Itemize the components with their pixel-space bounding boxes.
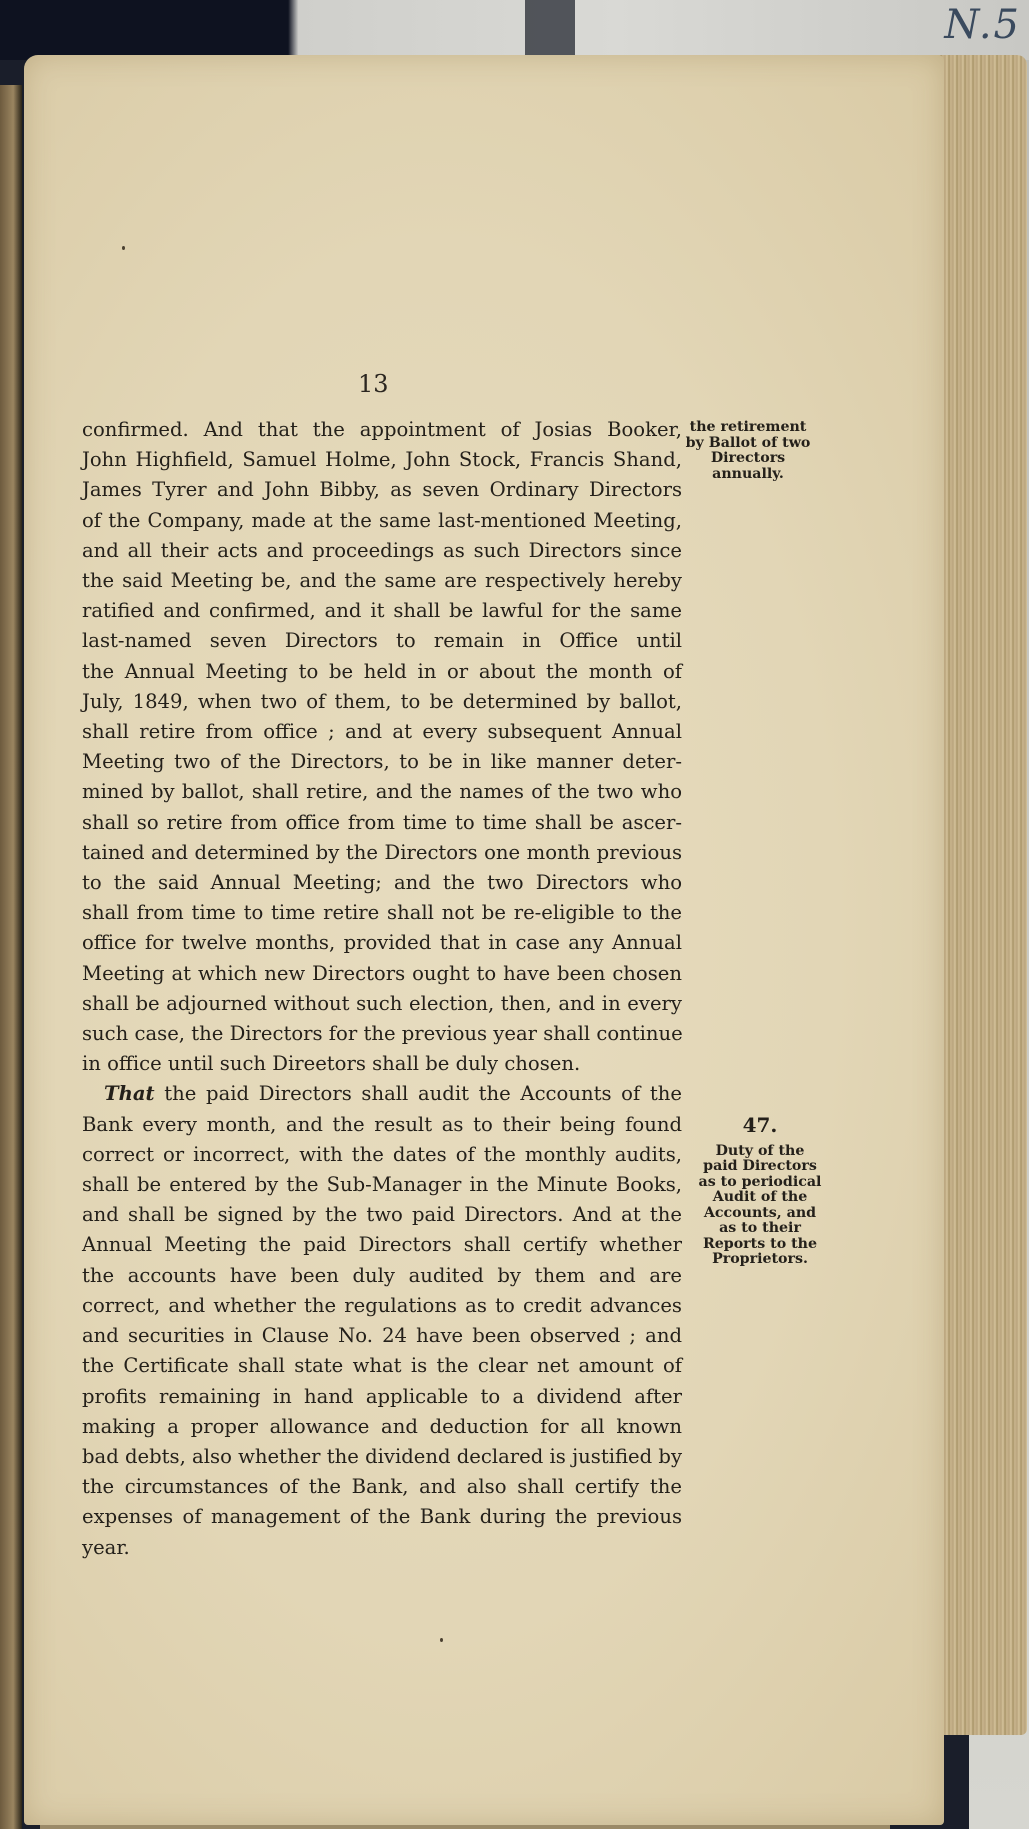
paragraph-1: confirmed. And that the appointment of J…	[82, 415, 682, 1079]
text-line: correct, and whether the regulations as …	[82, 1291, 682, 1321]
blackletter-initial: That	[104, 1082, 155, 1105]
margin-note-retirement: the retirement by Ballot of two Director…	[668, 420, 828, 482]
text-line: Meeting two of the Directors, to be in l…	[82, 747, 682, 777]
text-line: and shall be signed by the two paid Dire…	[82, 1200, 682, 1230]
text-line: Annual Meeting the paid Directors shall …	[82, 1230, 682, 1260]
text-line: profits remaining in hand applicable to …	[82, 1382, 682, 1412]
text-line: office for twelve months, provided that …	[82, 928, 682, 958]
text-line: of the Company, made at the same last-me…	[82, 506, 682, 536]
text-line: in office until such Direetors shall be …	[82, 1049, 682, 1079]
text-line: shall so retire from office from time to…	[82, 808, 682, 838]
text-line: correct or incorrect, with the dates of …	[82, 1140, 682, 1170]
text-line: shall be entered by the Sub-Manager in t…	[82, 1170, 682, 1200]
text-line: the Certificate shall state what is the …	[82, 1351, 682, 1381]
text-line: bad debts, also whether the dividend dec…	[82, 1442, 682, 1472]
text-line-rest: the paid Directors shall audit the Accou…	[155, 1082, 682, 1105]
catalog-mark: N.5	[944, 2, 1021, 48]
text-line: such case, the Directors for the previou…	[82, 1019, 682, 1049]
text-line: Bank every month, and the result as to t…	[82, 1110, 682, 1140]
text-line: John Highfield, Samuel Holme, John Stock…	[82, 445, 682, 475]
paper-speck	[440, 1638, 443, 1642]
margin-note-line: Proprietors.	[690, 1252, 830, 1268]
margin-note-line: as to periodical	[690, 1175, 830, 1191]
text-line: mined by ballot, shall retire, and the n…	[82, 777, 682, 807]
paper-speck	[122, 246, 125, 250]
margin-note-line: as to their	[690, 1221, 830, 1237]
margin-note-line: paid Directors	[690, 1159, 830, 1175]
text-line: shall from time to time retire shall not…	[82, 898, 682, 928]
page-stack-edge	[935, 55, 1027, 1735]
margin-note-line: Audit of the	[690, 1190, 830, 1206]
text-line: ratified and confirmed, and it shall be …	[82, 596, 682, 626]
text-line: making a proper allowance and deduction …	[82, 1412, 682, 1442]
scan-backdrop	[0, 0, 1029, 60]
paragraph-2: That the paid Directors shall audit the …	[82, 1079, 682, 1562]
body-text: confirmed. And that the appointment of J…	[82, 415, 682, 1563]
margin-note-line: by Ballot of two	[668, 436, 828, 452]
margin-note-line: Directors	[668, 451, 828, 467]
text-line: James Tyrer and John Bibby, as seven Ord…	[82, 475, 682, 505]
margin-note-line: Duty of the	[690, 1144, 830, 1160]
text-line: the accounts have been duly audited by t…	[82, 1261, 682, 1291]
text-line: That the paid Directors shall audit the …	[82, 1079, 682, 1109]
backdrop-ink-stroke	[525, 0, 575, 56]
text-line: shall be adjourned without such election…	[82, 989, 682, 1019]
margin-note-line: the retirement	[668, 420, 828, 436]
margin-note-line: Reports to the	[690, 1237, 830, 1253]
text-line: the circumstances of the Bank, and also …	[82, 1472, 682, 1502]
margin-note-audit-duty: 47. Duty of the paid Directors as to per…	[690, 1118, 830, 1268]
text-line: year.	[82, 1533, 682, 1563]
text-line: expenses of management of the Bank durin…	[82, 1502, 682, 1532]
text-line: Meeting at which new Directors ought to …	[82, 959, 682, 989]
clause-number: 47.	[690, 1118, 830, 1134]
text-line: and securities in Clause No. 24 have bee…	[82, 1321, 682, 1351]
text-line: to the said Annual Meeting; and the two …	[82, 868, 682, 898]
text-line: confirmed. And that the appointment of J…	[82, 415, 682, 445]
text-line: shall retire from office ; and at every …	[82, 717, 682, 747]
page-number: 13	[358, 370, 389, 398]
text-line: the Annual Meeting to be held in or abou…	[82, 657, 682, 687]
margin-note-line: Accounts, and	[690, 1206, 830, 1222]
text-line: and all their acts and proceedings as su…	[82, 536, 682, 566]
text-line: the said Meeting be, and the same are re…	[82, 566, 682, 596]
facing-page-edge	[0, 85, 22, 1829]
text-line: last-named seven Directors to remain in …	[82, 626, 682, 656]
margin-note-line: annually.	[668, 467, 828, 483]
text-line: tained and determined by the Directors o…	[82, 838, 682, 868]
text-line: July, 1849, when two of them, to be dete…	[82, 687, 682, 717]
